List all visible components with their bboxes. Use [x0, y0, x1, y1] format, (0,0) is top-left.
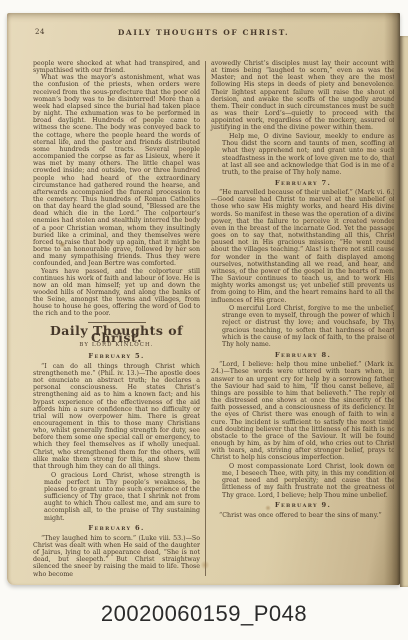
- column-divider: [205, 61, 206, 576]
- prayer-paragraph: Help me, O divine Saviour, meekly to end…: [222, 133, 394, 176]
- prayer-paragraph: O most compassionate Lord Christ, look d…: [222, 463, 394, 499]
- paragraph: people were shocked at what had transpir…: [33, 60, 200, 74]
- adjacent-page-edge: [400, 36, 408, 587]
- devotional-title: Daily Thoughts of Christ.: [33, 327, 200, 341]
- book-page: 24 DAILY THOUGHTS OF CHRIST. people were…: [7, 13, 400, 585]
- byline: BY LORD KINLOCH.: [33, 342, 200, 349]
- prayer-paragraph: O gracious Lord Christ, whose strength i…: [44, 472, 200, 522]
- scripture-paragraph: “He marvelled because of their unbelief.…: [211, 189, 394, 304]
- scripture-paragraph: “They laughed him to scorn.” (Luke viii.…: [33, 535, 200, 576]
- paragraph: What was the mayor’s astonishment, what …: [33, 74, 200, 267]
- paragraph: Years have passed, and the colporteur st…: [33, 268, 200, 318]
- date-heading-feb6: February 6.: [33, 525, 200, 532]
- date-heading-feb8: February 8.: [211, 352, 394, 359]
- date-heading-feb5: February 5.: [33, 353, 200, 360]
- text-columns: people were shocked at what had transpir…: [33, 60, 394, 576]
- scripture-paragraph: “I can do all things through Christ whic…: [33, 363, 200, 470]
- date-heading-feb7: February 7.: [211, 180, 394, 187]
- running-header: DAILY THOUGHTS OF CHRIST.: [7, 28, 400, 37]
- left-column: people were shocked at what had transpir…: [33, 60, 200, 576]
- scripture-paragraph: “Christ was once offered to bear the sin…: [211, 512, 394, 519]
- scripture-paragraph: “Lord, I believe: help thou mine unbelie…: [211, 361, 394, 461]
- prayer-paragraph: O merciful Lord Christ, forgive to me th…: [222, 305, 394, 348]
- right-column: avowedly Christ’s disciples must lay the…: [211, 60, 394, 576]
- section-divider-rule: [88, 322, 146, 323]
- paragraph: avowedly Christ’s disciples must lay the…: [211, 60, 394, 132]
- page-header: 24 DAILY THOUGHTS OF CHRIST.: [7, 28, 400, 40]
- scan-caption: 20020060159_P048: [0, 601, 408, 627]
- date-heading-feb9: February 9.: [211, 502, 394, 509]
